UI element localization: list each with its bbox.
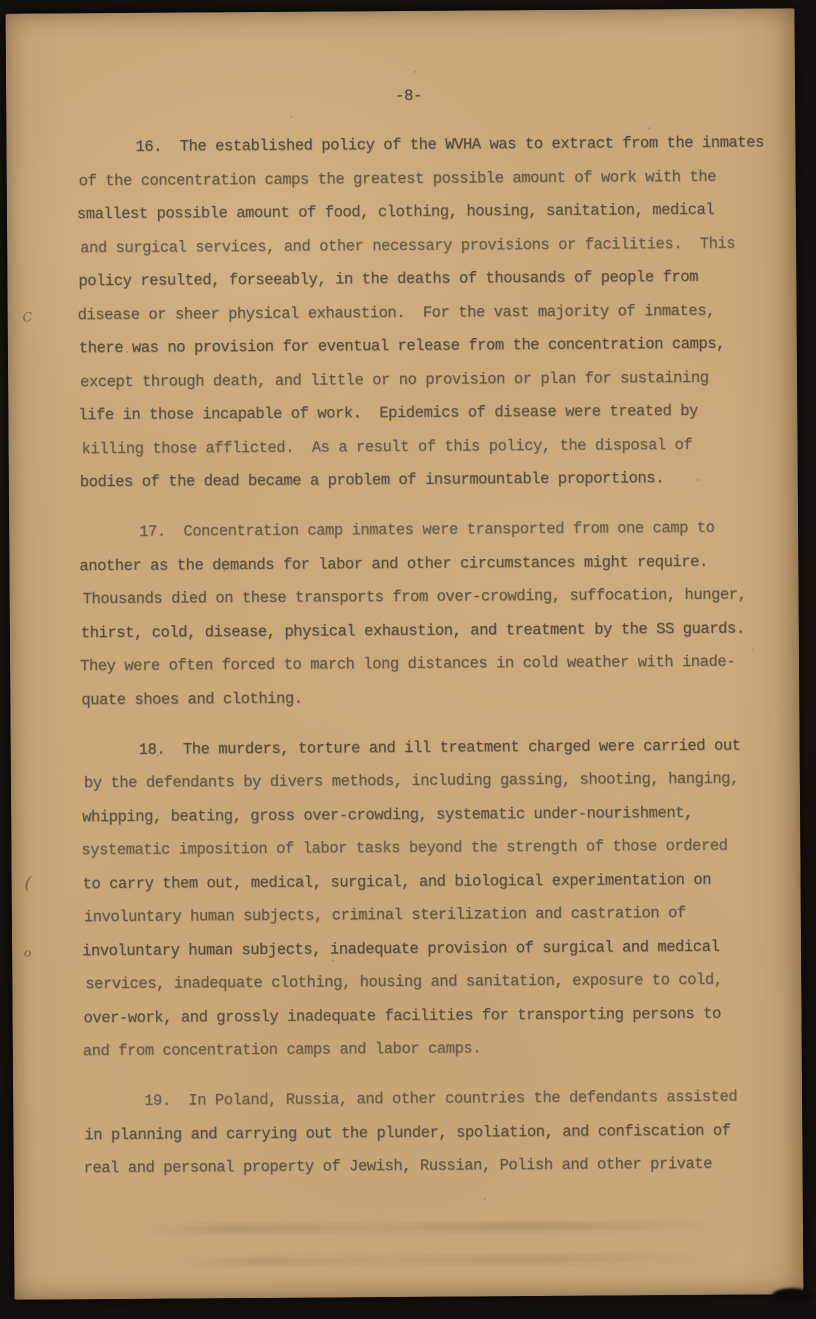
text-line: whipping, beating, gross over-crowding, … xyxy=(82,796,782,834)
text-line: and surgical services, and other necessa… xyxy=(80,227,780,265)
text-line: of the concentration camps the greatest … xyxy=(79,160,779,198)
text-line: 16. The established policy of the WVHA w… xyxy=(77,126,777,164)
text-line: thirst, cold, disease, physical exhausti… xyxy=(81,612,781,650)
paragraph: 18. The murders, torture and ill treatme… xyxy=(82,729,784,1069)
text-line: Thousands died on these transports from … xyxy=(82,578,782,616)
bleed-through-smudge xyxy=(144,1221,724,1234)
text-line: killing those afflicted. As a result of … xyxy=(81,428,781,466)
text-line: by the defendants by divers methods, inc… xyxy=(84,762,784,800)
text-line: They were often forced to march long dis… xyxy=(80,645,780,683)
paragraph: 17. Concentration camp inmates were tran… xyxy=(80,511,781,717)
margin-pencil-mark-2: ( xyxy=(24,873,32,893)
text-line: bodies of the dead became a problem of i… xyxy=(80,461,780,499)
page-number: -8- xyxy=(6,84,795,108)
paper-specks xyxy=(6,14,8,16)
text-line: 18. The murders, torture and ill treatme… xyxy=(81,729,781,767)
text-line: smallest possible amount of food, clothi… xyxy=(77,193,777,231)
text-line: policy resulted, forseeably, in the deat… xyxy=(78,260,778,298)
text-line: real and personal property of Jewish, Ru… xyxy=(83,1147,783,1185)
text-line: disease or sheer physical exhaustion. Fo… xyxy=(78,294,778,332)
text-line: in planning and carrying out the plunder… xyxy=(84,1114,784,1152)
margin-pencil-mark-1: C xyxy=(22,310,34,326)
document-body: 16. The established policy of the WVHA w… xyxy=(77,126,784,1202)
bleed-through-smudge xyxy=(174,1254,714,1267)
text-line: quate shoes and clothing. xyxy=(81,679,781,717)
text-line: there was no provision for eventual rele… xyxy=(79,327,779,365)
text-line: involuntary human subjects, inadequate p… xyxy=(82,930,782,968)
text-line: involuntary human subjects, criminal ste… xyxy=(84,896,784,934)
margin-pencil-mark-3: o xyxy=(23,945,32,960)
text-line: 19. In Poland, Russia, and other countri… xyxy=(86,1080,786,1118)
paragraph: 16. The established policy of the WVHA w… xyxy=(77,126,780,499)
text-line: life in those incapable of work. Epidemi… xyxy=(78,394,778,432)
text-line: services, inadequate clothing, housing a… xyxy=(85,963,785,1001)
text-line: over-work, and grossly inadequate facili… xyxy=(83,997,783,1035)
scan-background: -8- 16. The established policy of the WV… xyxy=(0,0,816,1319)
text-line: 17. Concentration camp inmates were tran… xyxy=(81,511,781,549)
text-line: and from concentration camps and labor c… xyxy=(83,1030,783,1068)
text-line: except through death, and little or no p… xyxy=(80,361,780,399)
document-page: -8- 16. The established policy of the WV… xyxy=(6,8,804,1299)
paragraph: 19. In Poland, Russia, and other countri… xyxy=(84,1080,785,1185)
text-line: systematic imposition of labor tasks bey… xyxy=(81,829,781,867)
scan-artifact-blob xyxy=(772,1288,812,1303)
text-line: another as the demands for labor and oth… xyxy=(79,545,779,583)
text-line: to carry them out, medical, surgical, an… xyxy=(82,863,782,901)
